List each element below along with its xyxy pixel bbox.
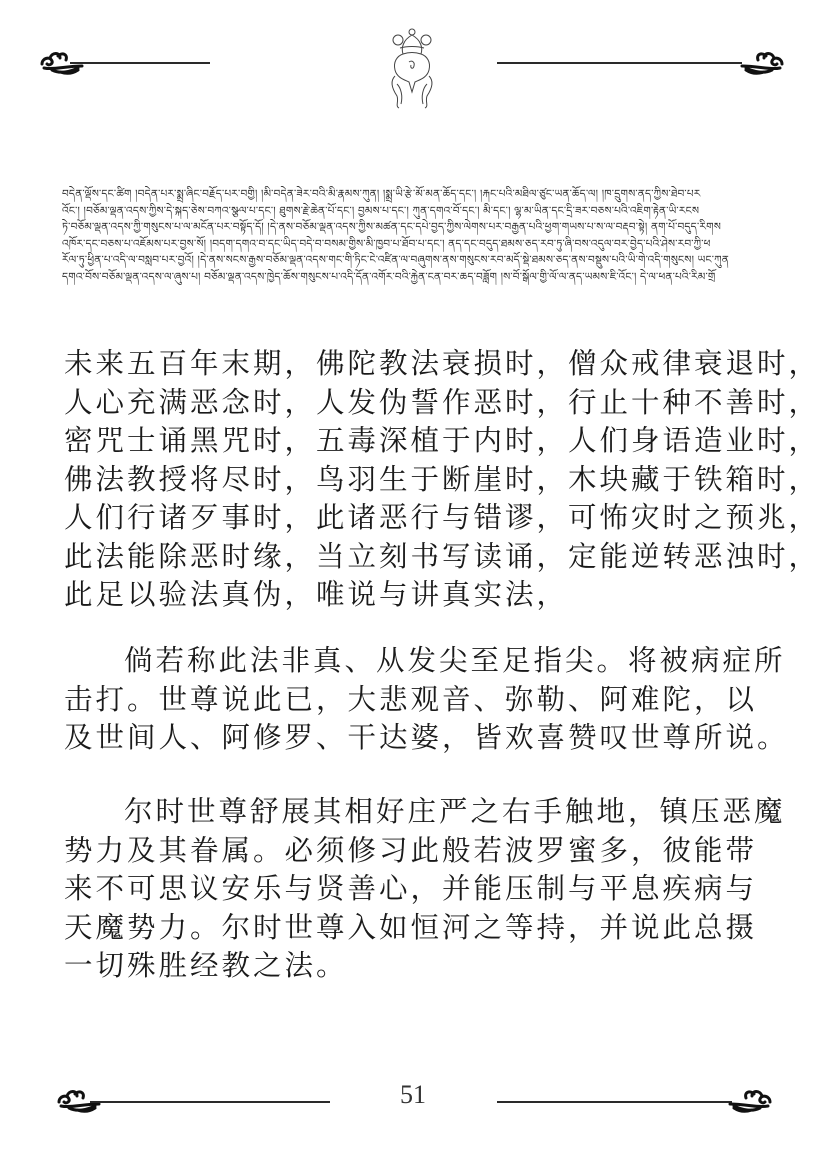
body-paragraph-3: 尔时世尊舒展其相好庄严之右手触地，镇压恶魔 势力及其眷属。必须修习此般若波罗蜜多…: [64, 793, 764, 986]
paragraph-line: 势力及其眷属。必须修习此般若波罗蜜多，彼能带: [64, 832, 764, 871]
verse-line: 人们行诸歹事时，此诸恶行与错谬，可怖灾时之预兆，: [64, 499, 764, 538]
tibetan-line: དགའ་བོས་བཅོམ་ལྡན་འདས་ལ་ཞུས་པ། བཅོམ་ལྡན་འ…: [62, 269, 767, 286]
paragraph-line: 击打。世尊说此已，大悲观音、弥勒、阿难陀，以: [64, 681, 764, 720]
tibetan-line: རོལ་ཏུ་ཕྱིན་པ་འདི་ལ་བསླབ་པར་བྱའོ། །དེ་ནས…: [62, 252, 767, 269]
verse-line: 未来五百年末期，佛陀教法衰损时，僧众戒律衰退时，: [64, 345, 764, 384]
header-left-rule: [70, 62, 210, 64]
verse-line: 佛法教授将尽时，鸟羽生于断崖时，木块藏于铁箱时，: [64, 461, 764, 500]
body-paragraph-2: 倘若称此法非真、从发尖至足指尖。将被病症所 击打。世尊说此已，大悲观音、弥勒、阿…: [64, 642, 764, 758]
header-right-rule: [497, 62, 742, 64]
footer-right-flourish-icon: [728, 1086, 774, 1114]
footer-right-rule: [497, 1101, 732, 1103]
footer-left-flourish-icon: [55, 1086, 101, 1114]
verse-line: 此法能除恶时缘，当立刻书写读诵，定能逆转恶浊时，: [64, 538, 764, 577]
verse-line: 密咒士诵黑咒时，五毒深植于内时，人们身语造业时，: [64, 422, 764, 461]
paragraph-line: 一切殊胜经教之法。: [64, 947, 764, 986]
paragraph-line: 天魔势力。尔时世尊入如恒河之等持，并说此总摄: [64, 909, 764, 948]
paragraph-line: 及世间人、阿修罗、干达婆，皆欢喜赞叹世尊所说。: [64, 719, 764, 758]
paragraph-line: 尔时世尊舒展其相好庄严之右手触地，镇压恶魔: [64, 793, 764, 832]
verse-paragraph: 未来五百年末期，佛陀教法衰损时，僧众戒律衰退时， 人心充满恶念时，人发伪誓作恶时…: [64, 345, 764, 615]
conch-shell-emblem-icon: [383, 26, 441, 110]
paragraph-line: 来不可思议安乐与贤善心，并能压制与平息疾病与: [64, 870, 764, 909]
tibetan-line: བདེན་ལྡོས་དང་ཚིག །བདེན་པར་སྨྲ་ཞིང་བརྗོད་…: [62, 186, 767, 203]
page-number: 51: [393, 1080, 433, 1110]
tibetan-text-block: བདེན་ལྡོས་དང་ཚིག །བདེན་པར་སྨྲ་ཞིང་བརྗོད་…: [62, 186, 767, 285]
tibetan-line: འཁོར་དང་བཅས་པ་འཇོམས་པར་བྱས་སོ། །བདག་དགའ་…: [62, 236, 767, 253]
verse-line: 人心充满恶念时，人发伪誓作恶时，行止十种不善时，: [64, 384, 764, 423]
verse-line: 此足以验法真伪，唯说与讲真实法，: [64, 576, 764, 615]
header-right-flourish-icon: [740, 48, 786, 76]
paragraph-line: 倘若称此法非真、从发尖至足指尖。将被病症所: [64, 642, 764, 681]
tibetan-line: འོང་། །བཅོམ་ལྡན་འདས་ཀྱིས་དེ་སྐད་ཅེས་བཀའ་…: [62, 203, 767, 220]
tibetan-line: ཏེ་བཅོམ་ལྡན་འདས་ཀྱི་གསུངས་པ་ལ་མངོན་པར་བས…: [62, 219, 767, 236]
footer-left-rule: [90, 1101, 330, 1103]
